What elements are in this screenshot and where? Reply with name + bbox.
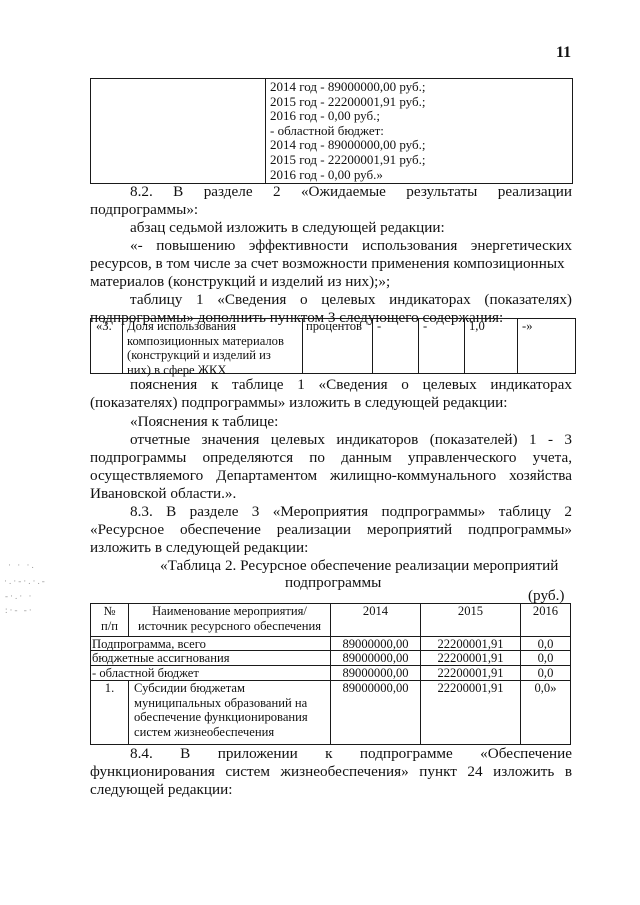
paragraph-line: ресурсов, в том числе за счет возможност… bbox=[90, 255, 565, 273]
row-2014: 89000000,00 bbox=[331, 666, 420, 681]
paragraph-line: осуществляемого Департаментом жилищно-ко… bbox=[90, 467, 572, 485]
table-border bbox=[572, 78, 573, 184]
table-border bbox=[90, 318, 91, 374]
header-text: источник ресурсного обеспечения bbox=[129, 619, 330, 634]
table-title: подпрограммы bbox=[285, 574, 381, 592]
cell-line: систем жизнеобеспечения bbox=[134, 725, 308, 740]
page-number: 11 bbox=[556, 44, 571, 62]
header-name: Наименование мероприятия/ источник ресур… bbox=[129, 604, 330, 633]
funding-line: 2014 год - 89000000,00 руб.; bbox=[270, 80, 425, 95]
cell-line: Субсидии бюджетам bbox=[134, 681, 308, 696]
table-border bbox=[575, 318, 576, 374]
paragraph-line: подпрограммы определяются по данным упра… bbox=[90, 449, 572, 467]
paragraph-line: материалов (конструкций и изделий из них… bbox=[90, 273, 390, 291]
scan-noise: -·.· · bbox=[5, 591, 34, 601]
indicator-value: 1,0 bbox=[469, 319, 485, 334]
item-2014: 89000000,00 bbox=[331, 681, 420, 696]
table-border bbox=[90, 78, 91, 184]
funding-line: - областной бюджет: bbox=[270, 124, 384, 139]
paragraph-line: «- повышению эффективности использования… bbox=[130, 237, 572, 255]
table-border bbox=[302, 318, 303, 374]
scan-noise: · · ·. bbox=[8, 560, 36, 570]
header-number: № п/п bbox=[91, 604, 128, 633]
row-label: бюджетные ассигнования bbox=[92, 651, 230, 666]
table-border bbox=[418, 318, 419, 374]
paragraph-line: 8.3. В разделе 3 «Мероприятия подпрограм… bbox=[130, 503, 572, 521]
indicator-value: - bbox=[423, 319, 427, 334]
row-label: - областной бюджет bbox=[92, 666, 199, 681]
table-title: «Таблица 2. Ресурсное обеспечение реализ… bbox=[160, 557, 558, 575]
table-border bbox=[265, 78, 266, 184]
paragraph-line: изложить в следующей редакции: bbox=[90, 539, 308, 557]
table-border bbox=[570, 603, 571, 745]
item-2015: 22200001,91 bbox=[421, 681, 520, 696]
item-2016: 0,0» bbox=[521, 681, 570, 696]
table-border bbox=[122, 318, 123, 374]
header-2015: 2015 bbox=[421, 604, 520, 619]
table-border bbox=[517, 318, 518, 374]
header-2016: 2016 bbox=[521, 604, 570, 619]
paragraph-line: отчетные значения целевых индикаторов (п… bbox=[130, 431, 572, 449]
table-border bbox=[128, 680, 129, 745]
table-units: (руб.) bbox=[528, 587, 564, 605]
indicator-value: - bbox=[377, 319, 381, 334]
funding-line: 2014 год - 89000000,00 руб.; bbox=[270, 138, 425, 153]
row-2015: 22200001,91 bbox=[421, 651, 520, 666]
item-name: Субсидии бюджетаммуниципальных образован… bbox=[134, 681, 308, 739]
cell-line: (конструкций и изделий из bbox=[127, 348, 284, 363]
cell-line: Доля использования bbox=[127, 319, 284, 334]
paragraph-line: 8.2. В разделе 2 «Ожидаемые результаты р… bbox=[130, 183, 572, 201]
row-2015: 22200001,91 bbox=[421, 637, 520, 652]
table-border bbox=[464, 318, 465, 374]
paragraph-line: «Пояснения к таблице: bbox=[130, 413, 278, 431]
row-2016: 0,0 bbox=[521, 666, 570, 681]
paragraph-line: 8.4. В приложении к подпрограмме «Обеспе… bbox=[130, 745, 572, 763]
funding-line: 2016 год - 0,00 руб.» bbox=[270, 168, 383, 183]
scan-noise: ·.·-·.·.- bbox=[4, 576, 47, 586]
paragraph-line: пояснения к таблице 1 «Сведения о целевы… bbox=[130, 376, 572, 394]
table-border bbox=[372, 318, 373, 374]
row-number: «3. bbox=[96, 319, 112, 334]
funding-line: 2016 год - 0,00 руб.; bbox=[270, 109, 380, 124]
row-label: Подпрограмма, всего bbox=[92, 637, 206, 652]
cell-line: муниципальных образований на bbox=[134, 696, 308, 711]
row-2015: 22200001,91 bbox=[421, 666, 520, 681]
paragraph-line: функционирования систем жизнеобеспечения… bbox=[90, 763, 572, 781]
indicator-name: Доля использованиякомпозиционных материа… bbox=[127, 319, 284, 377]
header-text: Наименование мероприятия/ bbox=[129, 604, 330, 619]
row-2014: 89000000,00 bbox=[331, 637, 420, 652]
scan-noise: :·- -· bbox=[5, 605, 34, 615]
paragraph-line: таблицу 1 «Сведения о целевых индикатора… bbox=[130, 291, 572, 309]
row-2016: 0,0 bbox=[521, 637, 570, 652]
funding-line: 2015 год - 22200001,91 руб.; bbox=[270, 95, 425, 110]
indicator-value: -» bbox=[522, 319, 533, 334]
indicator-unit: процентов bbox=[306, 319, 362, 334]
item-number: 1. bbox=[91, 681, 128, 696]
paragraph-line: абзац седьмой изложить в следующей редак… bbox=[130, 219, 445, 237]
paragraph-line: «Ресурсное обеспечение реализации меропр… bbox=[90, 521, 572, 539]
paragraph-line: следующей редакции: bbox=[90, 781, 232, 799]
header-2014: 2014 bbox=[331, 604, 420, 619]
paragraph-line: Ивановской области.». bbox=[90, 485, 236, 503]
header-text: п/п bbox=[91, 619, 128, 634]
paragraph-line: подпрограммы»: bbox=[90, 201, 198, 219]
header-text: № bbox=[91, 604, 128, 619]
cell-line: композиционных материалов bbox=[127, 334, 284, 349]
row-2016: 0,0 bbox=[521, 651, 570, 666]
row-2014: 89000000,00 bbox=[331, 651, 420, 666]
funding-line: 2015 год - 22200001,91 руб.; bbox=[270, 153, 425, 168]
cell-line: обеспечение функционирования bbox=[134, 710, 308, 725]
paragraph-line: (показателях) подпрограммы» изложить в с… bbox=[90, 394, 507, 412]
